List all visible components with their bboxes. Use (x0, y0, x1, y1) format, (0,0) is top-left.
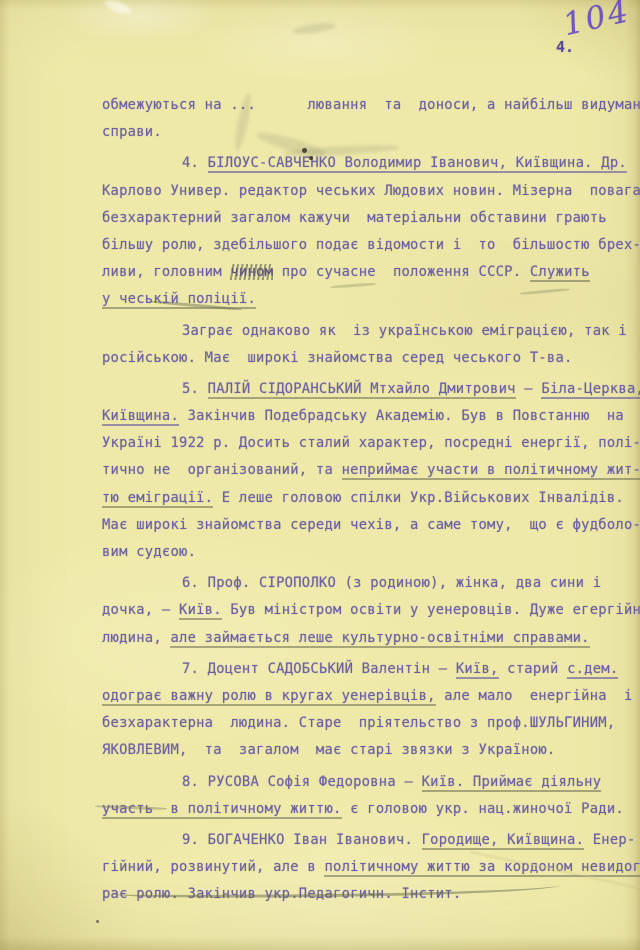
handwritten-archive-number: 104 (560, 0, 635, 43)
text-segment: справи. (102, 124, 162, 140)
text-segment: ЯКОВЛЕВИМ, та загалом має старі звязки з… (102, 742, 556, 758)
text-line: рає ролю. Закінчив укр.Педагогичн. Інсти… (102, 881, 636, 908)
text-segment: 4. (182, 155, 208, 171)
text-segment: є головою укр. нац.жиночої Ради. (342, 801, 624, 817)
text-segment: Має широкі знайомства середи чехів, а са… (102, 517, 640, 533)
text-line: участь в політичному життю. є головою ук… (102, 796, 636, 823)
text-line: у чеській поліції. (102, 286, 636, 313)
text-line: людина, але займається леше культурно-ос… (102, 625, 636, 652)
text-line: 8. РУСОВА Софія Федоровна – Київ. Прийма… (102, 769, 636, 796)
typed-page-number: 4. (556, 38, 574, 56)
text-segment: одограє важну ролю в кругах уенерівців, (102, 688, 436, 706)
text-segment: 8. РУСОВА Софія Федоровна – (182, 774, 422, 790)
text-segment: с.дем. (567, 661, 618, 679)
text-segment: 9. БОГАЧЕНКО Іван Іванович. (182, 832, 422, 848)
text-segment: чином (230, 264, 273, 280)
text-line: 9. БОГАЧЕНКО Іван Іванович. Городище, Ки… (102, 827, 636, 854)
text-segment: 7. Доцент САДОБСЬКИЙ Валентін – (182, 661, 456, 677)
text-line: Карлово Универ. редактор чеських Людових… (102, 178, 636, 205)
text-line: тично не організований, та неприймає уча… (102, 457, 636, 484)
text-line: безхарактерний загалом кажучи матеріальн… (102, 205, 636, 232)
text-line: обмежуються на ... лювання та доноси, а … (102, 92, 636, 119)
text-segment: 5. (182, 381, 208, 397)
text-line: 5. ПАЛІЙ СІДОРАНСЬКИЙ Мтхайло Дмитрович … (102, 376, 636, 403)
text-segment: неприймає участи в політичному жит- (342, 462, 640, 480)
text-segment: людина, (102, 630, 170, 646)
text-segment: дочка, – (102, 602, 179, 618)
text-line: ливи, головним чином про сучасне положен… (102, 259, 636, 286)
text-line: російською. Має широкі знайомства серед … (102, 345, 636, 372)
text-segment: старий (499, 661, 567, 677)
text-segment: – (516, 381, 542, 397)
text-segment: Служить (530, 264, 590, 282)
text-segment: Городище, Київщина. (422, 832, 585, 850)
text-segment: ливи, головним (102, 264, 230, 280)
text-line: 4. БІЛОУС-САВЧЕНКО Володимир Іванович, К… (102, 150, 636, 177)
text-line: одограє важну ролю в кругах уенерівців, … (102, 683, 636, 710)
document-lines: обмежуються на ... лювання та доноси, а … (102, 92, 636, 908)
text-segment: Київ. Приймає діяльну (422, 774, 602, 792)
text-line: справи. (102, 119, 636, 146)
text-line: 7. Доцент САДОБСЬКИЙ Валентін – Київ, ст… (102, 656, 636, 683)
text-segment: російською. Має широкі знайомства серед … (102, 350, 573, 366)
text-segment: гійний, розвинутий, але в (102, 859, 324, 875)
text-segment: Київ, (456, 661, 499, 679)
scanned-document-page: 104 4. обмежуються на ... лювання та дон… (0, 0, 640, 950)
text-segment: тю еміграції. (102, 490, 213, 508)
text-segment: Київщина. (102, 408, 179, 426)
text-line: Має широкі знайомства середи чехів, а са… (102, 512, 636, 539)
text-line: 6. Проф. СІРОПОЛКО (з родиною), жінка, д… (102, 570, 636, 597)
text-segment: 6. Проф. СІРОПОЛКО (з родиною), жінка, д… (182, 575, 601, 591)
text-segment: вим судєою. (102, 544, 196, 560)
text-segment: але займається леше культурно-освітніми … (170, 630, 589, 648)
text-line: дочка, – Київ. Був міністром освіти у уе… (102, 597, 636, 624)
text-segment: Енер- (584, 832, 635, 848)
text-segment: політичному життю за кордоном невидог- (324, 859, 640, 877)
text-segment: БІЛОУС-САВЧЕНКО Володимир Іванович, Київ… (208, 155, 627, 173)
text-line: більшу ролю, здебільшого подає відомости… (102, 232, 636, 259)
text-segment: ПАЛІЙ СІДОРАНСЬКИЙ Мтхайло Дмитрович (208, 381, 516, 399)
text-line: вим судєою. (102, 539, 636, 566)
text-line: гійний, розвинутий, але в політичному жи… (102, 854, 636, 881)
text-line: тю еміграції. Е леше головою спілки Укр.… (102, 485, 636, 512)
text-segment: Карлово Универ. редактор чеських Людових… (102, 183, 640, 199)
text-segment: безхарактерна людина. Старе пріятельство… (102, 715, 615, 731)
text-line: Київщина. Закінчив Подебрадську Академію… (102, 403, 636, 430)
text-segment: Біла-Церква, (541, 381, 640, 399)
text-segment: про сучасне положення СССР. (273, 264, 530, 280)
text-segment: Київ. (179, 602, 222, 620)
text-segment: більшу ролю, здебільшого подає відомости… (102, 237, 640, 253)
text-segment: але мало енергійна і (436, 688, 633, 704)
text-segment: обмежуються на ... лювання та доноси, а … (102, 97, 640, 113)
text-segment: рає ролю. Закінчив укр.Педагогичн. Інсти… (102, 886, 461, 902)
text-segment: у чеській поліції. (102, 291, 256, 309)
paper-light-spot (103, 0, 133, 16)
text-segment: Е леше головою спілки Укр.Військових Інв… (213, 490, 624, 506)
text-segment: безхарактерний загалом кажучи матеріальн… (102, 210, 607, 226)
text-segment: Був міністром освіти у уенеровців. Дуже … (222, 602, 640, 618)
text-line: безхарактерна людина. Старе пріятельство… (102, 710, 636, 737)
ink-speck (96, 920, 99, 923)
text-line: Заграє однаково як із українською емігра… (102, 318, 636, 345)
text-line: ЯКОВЛЕВИМ, та загалом має старі звязки з… (102, 737, 636, 764)
text-segment: участь в політичному життю. (102, 801, 342, 819)
text-segment: Закінчив Подебрадську Академію. Був в По… (179, 408, 624, 424)
text-segment: тично не організований, та (102, 462, 342, 478)
stain-smear (292, 21, 337, 36)
text-line: Україні 1922 р. Досить сталий характер, … (102, 430, 636, 457)
text-segment: Україні 1922 р. Досить сталий характер, … (102, 435, 640, 451)
text-segment: Заграє однаково як із українською емігра… (182, 323, 627, 339)
